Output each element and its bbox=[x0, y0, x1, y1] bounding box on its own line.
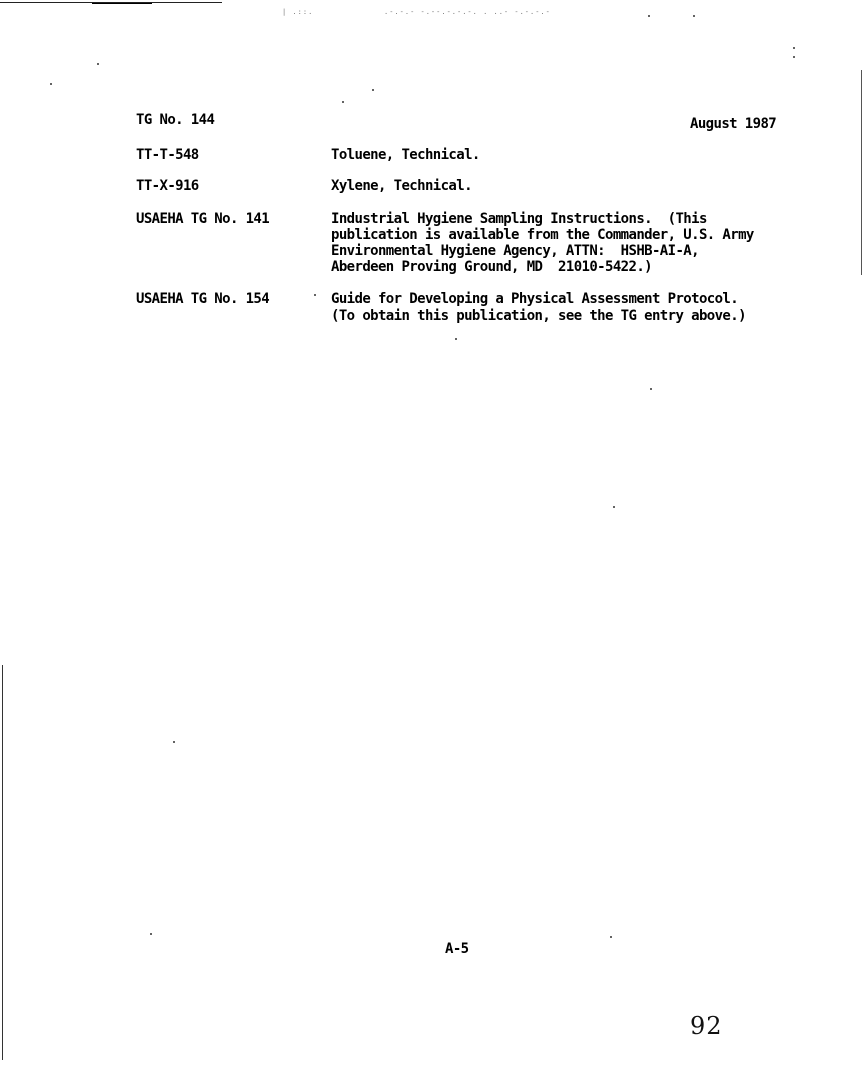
scan-speck bbox=[314, 294, 316, 296]
scan-speck bbox=[650, 388, 652, 390]
scan-speck bbox=[613, 506, 615, 508]
reference-code: USAEHA TG No. 154 bbox=[136, 291, 269, 307]
reference-description: Xylene, Technical. bbox=[331, 178, 472, 194]
scan-speck bbox=[173, 741, 175, 743]
reference-description-line: (To obtain this publication, see the TG … bbox=[331, 308, 746, 324]
sheet-number: 92 bbox=[690, 1012, 723, 1040]
reference-code: TT-X-916 bbox=[136, 178, 199, 194]
scan-speck bbox=[150, 933, 152, 935]
reference-description-line: Guide for Developing a Physical Assessme… bbox=[331, 291, 738, 307]
reference-description-line: publication is available from the Comman… bbox=[331, 227, 754, 243]
scan-noise: .-.-.- -.--.-.-.-. . ..- -.-.-.- bbox=[384, 8, 551, 18]
scan-speck bbox=[50, 83, 52, 85]
scan-speck bbox=[455, 338, 457, 340]
reference-description: Toluene, Technical. bbox=[331, 147, 480, 163]
scan-edge-left bbox=[2, 665, 3, 1060]
reference-description-line: Aberdeen Proving Ground, MD 21010-5422.) bbox=[331, 259, 652, 275]
scan-speck bbox=[372, 89, 374, 91]
scan-speck bbox=[610, 936, 612, 938]
scan-edge-right bbox=[861, 70, 862, 275]
scan-speck bbox=[793, 47, 795, 49]
scan-speck bbox=[793, 56, 795, 58]
scan-speck bbox=[97, 63, 99, 65]
scan-noise: | .::. bbox=[282, 8, 313, 18]
reference-description-line: Industrial Hygiene Sampling Instructions… bbox=[331, 211, 707, 227]
document-date: August 1987 bbox=[690, 116, 776, 132]
document-id: TG No. 144 bbox=[136, 112, 214, 128]
scan-speck bbox=[648, 15, 650, 17]
scan-speck bbox=[342, 101, 344, 103]
scan-speck bbox=[693, 15, 695, 17]
reference-description-line: Environmental Hygiene Agency, ATTN: HSHB… bbox=[331, 243, 699, 259]
page-label: A-5 bbox=[445, 941, 469, 957]
reference-code: USAEHA TG No. 141 bbox=[136, 211, 269, 227]
reference-code: TT-T-548 bbox=[136, 147, 199, 163]
scan-artifact-line bbox=[92, 3, 152, 4]
